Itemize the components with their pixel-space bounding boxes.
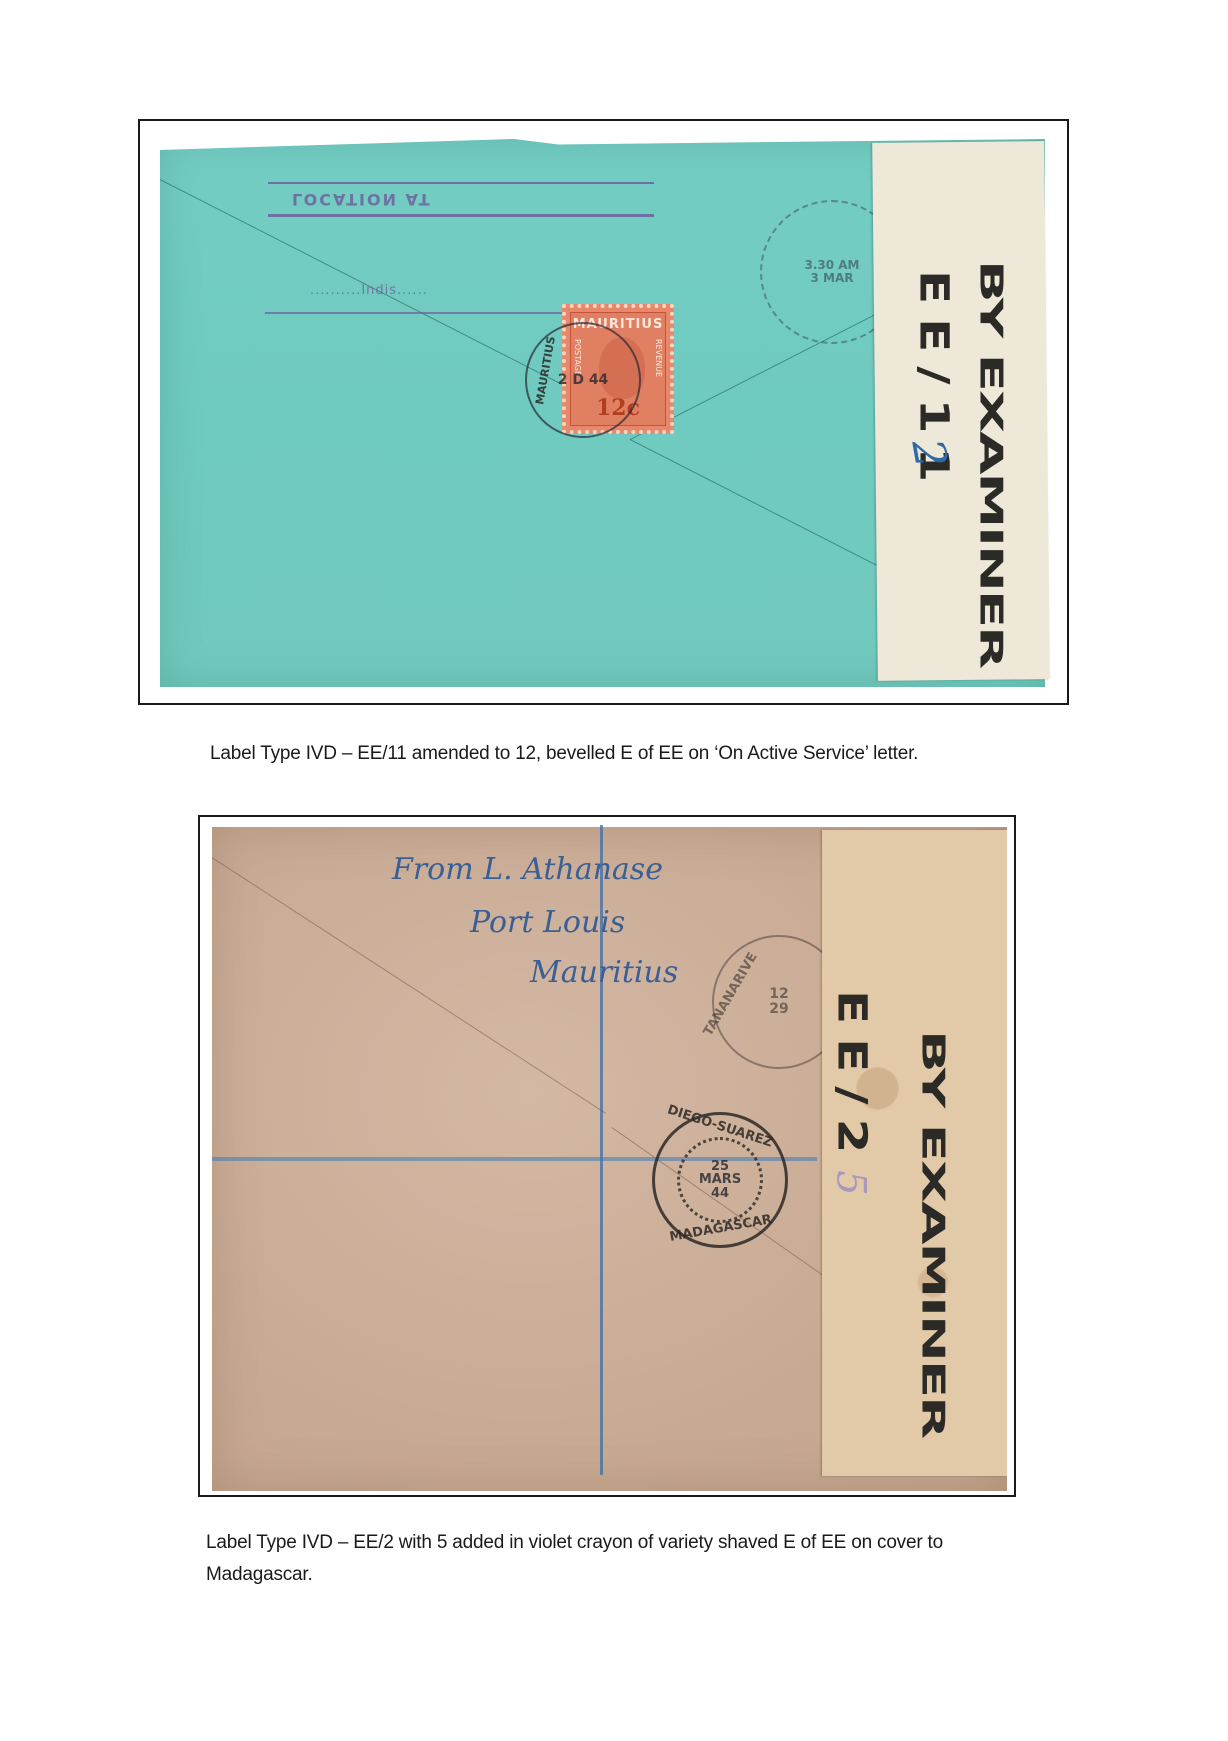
censor-label-code: EE/2 xyxy=(829,990,875,1167)
postmark-month: MARS xyxy=(699,1173,741,1187)
sender-country: Mauritius xyxy=(530,955,678,990)
unit-cachet: LOCATION AT xyxy=(268,182,654,217)
diego-suarez-postmark: 25 MARS 44 DIEGO-SUAREZ MADAGASCAR xyxy=(652,1112,788,1248)
censor-label-header: BY EXAMINER xyxy=(915,1030,951,1437)
postmark-day: 25 xyxy=(711,1160,729,1174)
censor-label-ee11 xyxy=(872,141,1050,681)
postmark-line2: 29 xyxy=(769,1002,788,1017)
sender-name: From L. Athanase xyxy=(392,852,663,887)
postmark-line1: 12 xyxy=(769,987,788,1002)
cover-2-caption: Label Type IVD – EE/2 with 5 added in vi… xyxy=(206,1527,1026,1591)
stamp-side-right: REVENUE xyxy=(654,339,663,377)
postmark-year: 44 xyxy=(711,1187,729,1201)
cachet-subline: ..........Indis...... xyxy=(310,283,428,298)
cachet-text: LOCATION AT xyxy=(292,190,432,209)
cover-1-caption: Label Type IVD – EE/11 amended to 12, be… xyxy=(210,738,918,770)
censor-label-header: BY EXAMINER xyxy=(973,260,1009,667)
mauritius-postmark: 2 D 44 MAURITIUS xyxy=(525,322,641,438)
postmark-date: 3 MAR xyxy=(811,272,854,285)
violet-crayon-addition: 5 xyxy=(828,1170,874,1195)
sender-city: Port Louis xyxy=(470,905,625,940)
postmark-date: 2 D 44 xyxy=(558,373,609,388)
